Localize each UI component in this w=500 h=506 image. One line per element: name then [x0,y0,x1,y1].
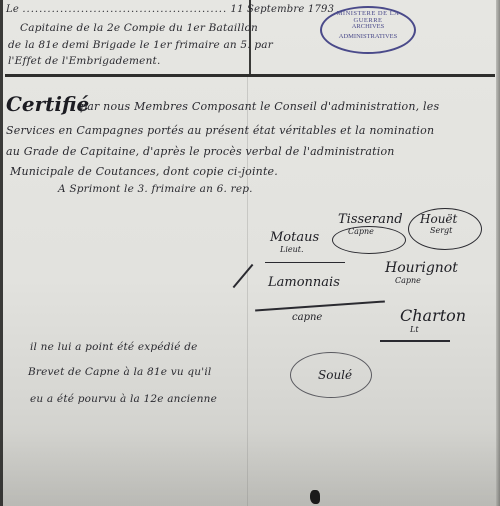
signature-lamonnais-title: capne [292,312,322,323]
signature-underline [380,340,450,342]
certification-line-4: Municipale de Coutances, dont copie ci-j… [10,165,278,178]
note-line-3: eu a été pourvu à la 12e ancienne [30,393,217,405]
document-page: Le .....................................… [0,0,500,506]
certification-title: Certifié [6,92,89,116]
paper-shadow [0,430,500,506]
header-date: 11 Septembre 1793 [231,4,335,15]
note-line-2: Brevet de Capne à la 81e vu qu'il [28,366,211,378]
signature-lamonnais: Lamonnais [268,275,340,290]
signature-slash [233,264,254,288]
archives-stamp: MINISTERE DE LA GUERRE ARCHIVES ADMINIST… [320,6,416,54]
signature-motaus: Motaus Lieut. [270,230,319,254]
dotted-leader: ........................................… [22,4,227,15]
signature-flourish [290,352,372,398]
certification-line-3: au Grade de Capitaine, d'après le procès… [6,145,395,158]
signature-hourignot: Hourignot Capne [385,260,458,285]
note-line-1: il ne lui a point été expédié de [30,341,198,353]
header-prefix: Le [6,4,19,15]
certification-line-1: par nous Membres Composant le Conseil d'… [80,100,439,113]
certification-line-2: Services en Campagnes portés au présent … [6,124,434,137]
header-line-4: l'Effet de l'Embrigadement. [8,55,161,67]
stamp-line-1: ARCHIVES [322,23,414,30]
signature-charton: Charton Lt [400,306,466,334]
signature-flourish [332,226,406,254]
header-date-line: Le .....................................… [6,4,334,15]
ink-blot [310,490,320,504]
signature-underline [265,262,345,263]
stamp-arc-text: MINISTERE DE LA GUERRE [322,10,414,24]
certification-place-date: A Sprimont le 3. frimaire an 6. rep. [58,183,253,195]
signature-flourish [408,208,482,250]
stamp-line-2: ADMINISTRATIVES [322,33,414,40]
header-line-3: de la 81e demi Brigade le 1er frimaire a… [8,39,273,51]
signature-underline [255,300,385,311]
header-line-2: Capitaine de la 2e Compie du 1er Bataill… [20,22,258,34]
